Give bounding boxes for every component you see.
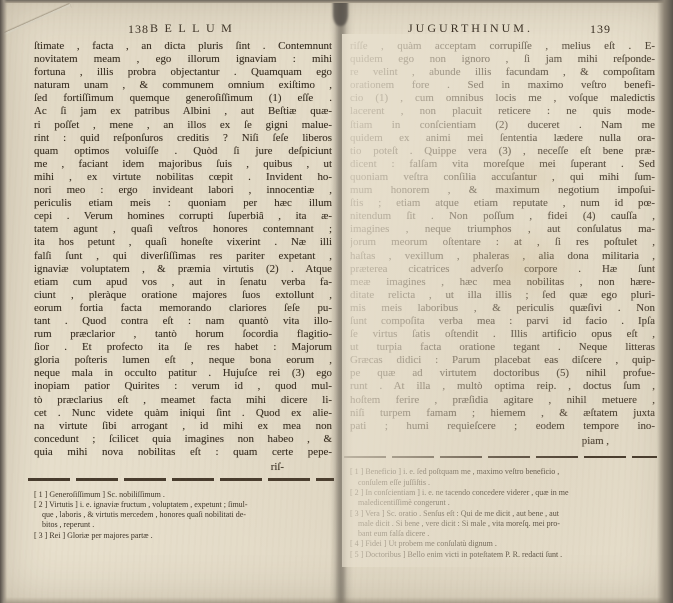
body-line: runt . At illa , multò optima reip. , do… bbox=[350, 380, 655, 393]
body-line: pati ; humi requieſcere ; eodem tempore … bbox=[350, 420, 655, 433]
page-edge-right bbox=[657, 0, 673, 603]
body-line: niſi turpem famam ; hiemem , & æſtatem j… bbox=[350, 407, 655, 420]
footnote-line: maledicentiſſimè congerunt . bbox=[350, 498, 655, 508]
body-line: na virtute ſibi arrogant , id mihi ex me… bbox=[34, 420, 332, 433]
body-line: mis meis laboribus , & periculis quæſivi… bbox=[350, 302, 655, 315]
footnote-line: male dicit . Si bene , vere dicit : Si m… bbox=[350, 519, 655, 529]
body-line: meæ imagines , hæc mea nobilitas , non h… bbox=[350, 276, 655, 289]
body-line: orationem fore . Sed in maximo veſtro be… bbox=[350, 79, 655, 92]
left-page-number: 138 bbox=[128, 22, 149, 37]
gutter-shadow-top bbox=[333, 0, 348, 26]
body-line: ita hos petunt , quaſi honeſte vixerint … bbox=[34, 236, 332, 249]
body-line: fortuna , illis probra objectantur . Qua… bbox=[34, 66, 332, 79]
body-line: tatem agunt , quaſi veſtros honores cont… bbox=[34, 223, 332, 236]
footnote-line: [ 3 ] Vera ] Sc. oratio . Senſus eſt : Q… bbox=[350, 509, 655, 519]
body-line: periculis etiam meis : quoniam per hæc i… bbox=[34, 197, 332, 210]
body-line: imagines , neque triumphos , aut conſula… bbox=[350, 223, 655, 236]
body-line: eorum fortia facta memorando clariores ſ… bbox=[34, 302, 332, 315]
footnote-line: [ 2 ] Virtutis ] i. e. ignaviæ fructum ,… bbox=[34, 500, 332, 510]
left-page-header: 138 BELLUM bbox=[34, 21, 332, 38]
body-line: lacerent , non placuit reticere : ne qui… bbox=[350, 105, 655, 118]
body-line: quia mihi nova nobilitas eſt : quam cert… bbox=[34, 446, 332, 459]
body-line: hoſtem ferire , præſidia agitare , nihil… bbox=[350, 394, 655, 407]
footnote-line: [ 1 ] Generoſiſſimum ] Sc. nobiliſſimum … bbox=[34, 490, 332, 500]
body-line: tant . Quod contra eſt : nam quantò vita… bbox=[34, 315, 332, 328]
body-line: quidem ego non ignoro , ſi jam mihi reſp… bbox=[350, 53, 655, 66]
body-line: inopiam patior Quirites : verum id , quo… bbox=[34, 380, 332, 393]
body-line: ſtiam in conſcientiam (2) duceret . Nam … bbox=[350, 119, 655, 132]
body-line: ſtis ; etiam atque etiam reputate , num … bbox=[350, 197, 655, 210]
body-line: ri poſſet , mene , an illos ex ſe gigni … bbox=[34, 119, 332, 132]
body-line: ſior . Et profecto ita ſe res habet : Ma… bbox=[34, 341, 332, 354]
right-body-text: riſſe , quàm acceptam corrupiſſe , meliu… bbox=[350, 40, 655, 433]
body-line: ſed fortiſſimum quemque generoſiſſimum (… bbox=[34, 92, 332, 105]
body-line: nitendum ſit . Non poſſum , fidei (4) ca… bbox=[350, 210, 655, 223]
footnote-line: bitos , reperunt . bbox=[34, 520, 332, 530]
body-line: novitatem meam , ego illorum ignaviam : … bbox=[34, 53, 332, 66]
page-edge-bottom bbox=[0, 597, 673, 603]
body-line: naturam unam , & communem omnium exiſtim… bbox=[34, 79, 332, 92]
body-line: mihi , ex virtute nobilitas cœpit . Invi… bbox=[34, 171, 332, 184]
right-page: JUGURTHINUM. 139 riſſe , quàm acceptam c… bbox=[350, 0, 655, 603]
body-line: me , faciant idem majoribus ſuis , quibu… bbox=[34, 158, 332, 171]
body-line: ciunt , pleràque oratione majores ſuos e… bbox=[34, 289, 332, 302]
footnote-line: bant eum falſa dicere . bbox=[350, 529, 655, 539]
body-line: jorum meorum oſtentare : at , ſi res poſ… bbox=[350, 236, 655, 249]
body-line: ut turpia facta oratione tegant . Neque … bbox=[350, 341, 655, 354]
left-footnote-rule bbox=[28, 478, 334, 481]
body-line: falſi ſunt , qui diverſiſſimas res parit… bbox=[34, 250, 332, 263]
footnote-line: [ 1 ] Beneficio ] i. e. ſed poſtquam me … bbox=[350, 467, 655, 477]
body-line: etiam cum apud vos , aut in ſenatu verba… bbox=[34, 276, 332, 289]
footnote-line: [ 3 ] Rei ] Gloriæ per majores partæ . bbox=[34, 531, 332, 541]
footnote-line: [ 5 ] Doctoribus ] Bello enim victi in p… bbox=[350, 550, 655, 560]
left-catchword: riſ- bbox=[34, 461, 332, 474]
body-line: gloria poſteris lumen eſt , neque bona e… bbox=[34, 354, 332, 367]
body-line: Ac ſi jam ex patribus Albini , aut Beſti… bbox=[34, 105, 332, 118]
right-catchword: piam , bbox=[350, 435, 655, 448]
right-page-number: 139 bbox=[590, 22, 611, 37]
right-footnotes: [ 1 ] Beneficio ] i. e. ſed poſtquam me … bbox=[350, 467, 655, 560]
body-line: tio poteſt . Quippe vera (3) , neceſſe e… bbox=[350, 145, 655, 158]
body-line: re velint , abunde illis facundam , & co… bbox=[350, 66, 655, 79]
body-line: quam optimos voluiſſe . Quòd ſi jure deſ… bbox=[34, 145, 332, 158]
body-line: quoniam veſtra conſilia accuſantur , qui… bbox=[350, 171, 655, 184]
body-line: concedunt ; ſcilicet quia imagines non h… bbox=[34, 433, 332, 446]
body-line: mum honorem , & maximum negotium impoſui… bbox=[350, 184, 655, 197]
body-line: cepi . Verum homines corrupti ſuperbiâ ,… bbox=[34, 210, 332, 223]
page-edge-top bbox=[0, 0, 673, 3]
body-line: ſe virtus ſatis oſtendit . Illis artific… bbox=[350, 328, 655, 341]
gutter-shadow-core bbox=[337, 0, 345, 603]
footnote-line: [ 2 ] In conſcientiam ] i. e. ne tacendo… bbox=[350, 488, 655, 498]
left-running-title: BELLUM bbox=[150, 21, 238, 36]
left-page: 138 BELLUM ſtimate , facta , an dicta pl… bbox=[34, 0, 332, 603]
body-line: ſtimate , facta , an dicta pluris ſint .… bbox=[34, 40, 332, 53]
right-running-title: JUGURTHINUM. bbox=[408, 21, 533, 36]
body-line: Græcas didici : Parum placebat eas diſce… bbox=[350, 354, 655, 367]
body-line: cet . Nunc videte quàm iniqui ſint . Quo… bbox=[34, 407, 332, 420]
body-line: præterea cicatrices adverſo corpore . Hæ… bbox=[350, 263, 655, 276]
body-line: cio (1) , cum omnibus locis me , voſque … bbox=[350, 92, 655, 105]
body-line: ſunt compoſita verba mea : parvi id faci… bbox=[350, 315, 655, 328]
body-line: quidem ex animi mei ſententia lædere nul… bbox=[350, 132, 655, 145]
footnote-line: [ 4 ] Fidei ] Ut probem me conſulatù dig… bbox=[350, 539, 655, 549]
body-line: haſtas , vexillum , phaleras , alia dona… bbox=[350, 250, 655, 263]
body-line: nori meo : ergo invideant labori , innoc… bbox=[34, 184, 332, 197]
book-scan: 138 BELLUM ſtimate , facta , an dicta pl… bbox=[0, 0, 673, 603]
body-line: riſſe , quàm acceptam corrupiſſe , meliu… bbox=[350, 40, 655, 53]
body-line: rum præclarior , tantò horum ſocordia fl… bbox=[34, 328, 332, 341]
body-line: rint : quid reſponſuros creditis ? Niſi … bbox=[34, 132, 332, 145]
body-line: dicent : falſam vita moreſque mei ſupera… bbox=[350, 158, 655, 171]
page-edge-left bbox=[0, 0, 7, 603]
left-footnotes: [ 1 ] Generoſiſſimum ] Sc. nobiliſſimum … bbox=[34, 490, 332, 541]
left-body-text: ſtimate , facta , an dicta pluris ſint .… bbox=[34, 40, 332, 459]
body-line: tò præclarius eſt , meamet facta mihi di… bbox=[34, 394, 332, 407]
body-line: neque mala in occulto patitur . Hujuſce … bbox=[34, 367, 332, 380]
body-line: pe quæ ad virtutem doctoribus (5) nihil … bbox=[350, 367, 655, 380]
body-line: ignaviæ voluptatem , & præmia virtutis (… bbox=[34, 263, 332, 276]
right-footnote-rule bbox=[344, 456, 657, 459]
right-page-header: JUGURTHINUM. 139 bbox=[350, 21, 655, 38]
footnote-line: que , laboris , & virtutis mercedem , ho… bbox=[34, 510, 332, 520]
body-line: ditate relicta , ut illa illis ; ſed quæ… bbox=[350, 289, 655, 302]
footnote-line: conſulem eſſe juſſiſtis . bbox=[350, 478, 655, 488]
